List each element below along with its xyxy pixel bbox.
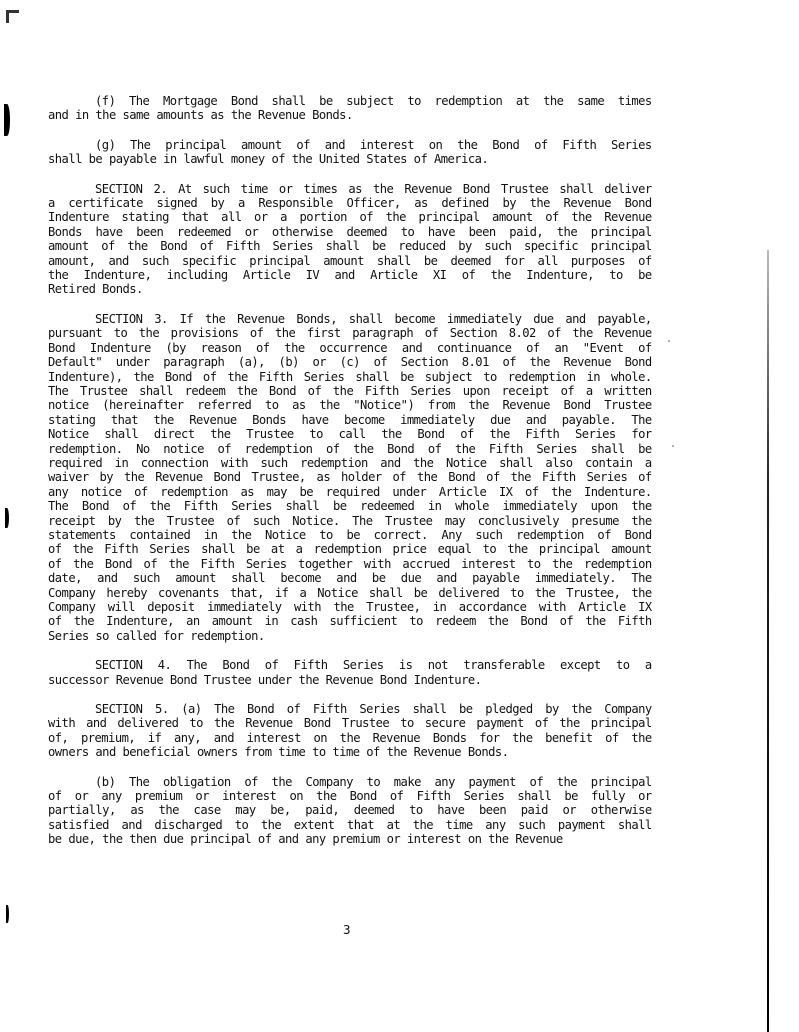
text-line: Bond Indenture (by reason of the occurre… <box>48 341 652 355</box>
paragraph-g: (g) The principal amount of and interest… <box>48 138 652 167</box>
scan-corner-mark <box>6 10 19 23</box>
text-line: SECTION 2. At such time or times as the … <box>48 182 652 196</box>
text-line: Retired Bonds. <box>48 282 652 296</box>
text-line: The Bond of the Fifth Series shall be re… <box>48 499 652 513</box>
text-line: amount, and such specific principal amou… <box>48 254 652 268</box>
text-line: Indenture stating that all or a portion … <box>48 210 652 224</box>
text-line: Indenture), the Bond of the Fifth Series… <box>48 370 652 384</box>
text-line: Notice shall direct the Trustee to call … <box>48 427 652 441</box>
paragraph-section-4: SECTION 4. The Bond of Fifth Series is n… <box>48 658 652 687</box>
text-line: of the Bond of the Fifth Series together… <box>48 557 652 571</box>
text-line: (g) The principal amount of and interest… <box>48 138 652 152</box>
text-line: owners and beneficial owners from time t… <box>48 745 652 759</box>
page-number: 3 <box>343 922 351 937</box>
text-line: receipt by the Trustee of such Notice. T… <box>48 514 652 528</box>
text-line: of the Fifth Series shall be at a redemp… <box>48 542 652 556</box>
text-line: Company will deposit immediately with th… <box>48 600 652 614</box>
text-line: partially, as the case may be, paid, dee… <box>48 803 652 817</box>
text-line: (b) The obligation of the Company to mak… <box>48 775 652 789</box>
scan-speck <box>672 445 674 447</box>
text-line: the Indenture, including Article IV and … <box>48 268 652 282</box>
paragraph-section-3: SECTION 3. If the Revenue Bonds, shall b… <box>48 312 652 643</box>
paragraph-section-5b: (b) The obligation of the Company to mak… <box>48 775 652 847</box>
text-line: shall be payable in lawful money of the … <box>48 152 652 166</box>
text-line: The Trustee shall redeem the Bond of the… <box>48 384 652 398</box>
binder-hole-mark <box>4 104 10 136</box>
text-line: redemption. No notice of redemption of t… <box>48 442 652 456</box>
text-line: stating that the Revenue Bonds have beco… <box>48 413 652 427</box>
text-line: SECTION 4. The Bond of Fifth Series is n… <box>48 658 652 672</box>
text-line: statements contained in the Notice to be… <box>48 528 652 542</box>
text-line: pursuant to the provisions of the first … <box>48 326 652 340</box>
text-line: of, premium, if any, and interest on the… <box>48 731 652 745</box>
text-line: SECTION 3. If the Revenue Bonds, shall b… <box>48 312 652 326</box>
text-line: SECTION 5. (a) The Bond of Fifth Series … <box>48 702 652 716</box>
text-line: a certificate signed by a Responsible Of… <box>48 196 652 210</box>
document-body: (f) The Mortgage Bond shall be subject t… <box>48 94 652 862</box>
paragraph-section-5a: SECTION 5. (a) The Bond of Fifth Series … <box>48 702 652 760</box>
text-line: notice (hereinafter referred to as the "… <box>48 398 652 412</box>
text-line: Company hereby covenants that, if a Noti… <box>48 586 652 600</box>
text-line: of or any premium or interest on the Bon… <box>48 789 652 803</box>
text-line: successor Revenue Bond Trustee under the… <box>48 673 652 687</box>
paragraph-f: (f) The Mortgage Bond shall be subject t… <box>48 94 652 123</box>
text-line: with and delivered to the Revenue Bond T… <box>48 716 652 730</box>
text-line: satisfied and discharged to the extent t… <box>48 818 652 832</box>
page-edge-rule <box>767 250 769 1032</box>
text-line: amount of the Bond of Fifth Series shall… <box>48 239 652 253</box>
text-line: Default" under paragraph (a), (b) or (c)… <box>48 355 652 369</box>
binder-hole-mark <box>5 508 9 528</box>
text-line: Series so called for redemption. <box>48 629 652 643</box>
text-line: Bonds have been redeemed or otherwise de… <box>48 225 652 239</box>
text-line: and in the same amounts as the Revenue B… <box>48 108 652 122</box>
text-line: date, and such amount shall become and b… <box>48 571 652 585</box>
text-line: any notice of redemption as may be requi… <box>48 485 652 499</box>
text-line: be due, the then due principal of and an… <box>48 832 652 846</box>
scan-speck <box>668 340 670 342</box>
binder-hole-mark <box>6 905 9 923</box>
paragraph-section-2: SECTION 2. At such time or times as the … <box>48 182 652 297</box>
text-line: required in connection with such redempt… <box>48 456 652 470</box>
text-line: waiver by the Revenue Bond Trustee, as h… <box>48 470 652 484</box>
text-line: (f) The Mortgage Bond shall be subject t… <box>48 94 652 108</box>
text-line: of the Indenture, an amount in cash suff… <box>48 614 652 628</box>
